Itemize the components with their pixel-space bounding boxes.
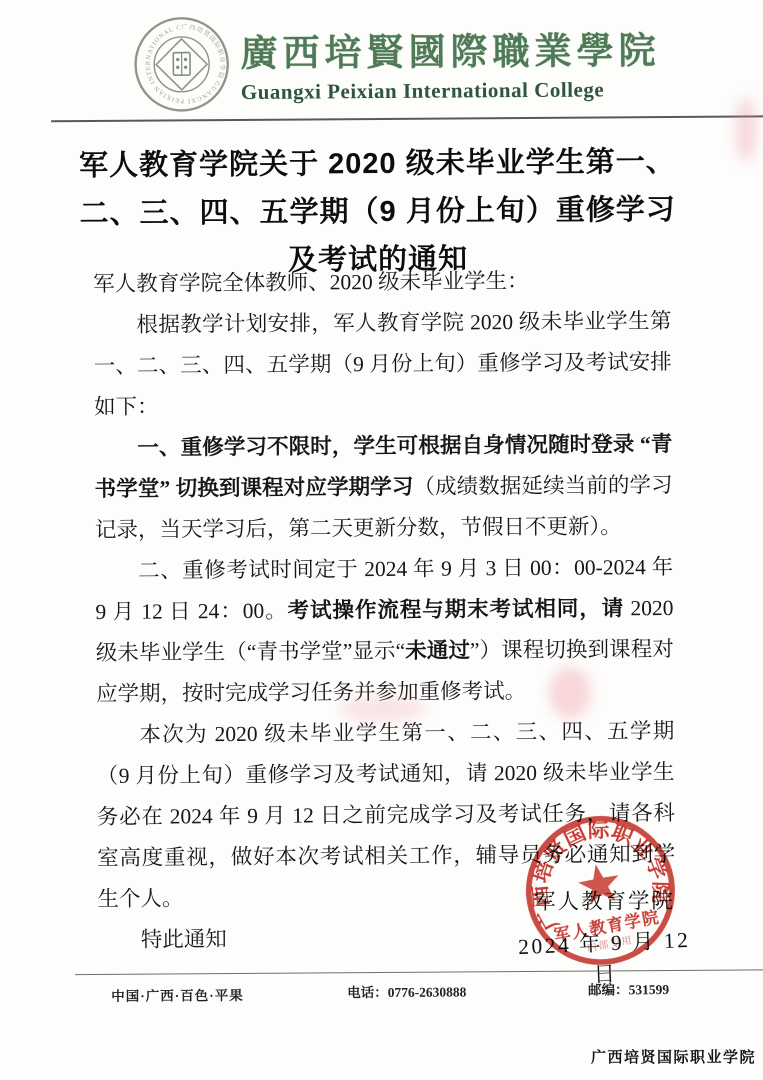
footer-postcode: 邮编：531599 — [588, 978, 669, 999]
paragraph: 军人教育学院全体教师、2020 级未毕业学生： — [93, 260, 671, 305]
college-name-en: Guangxi Peixian International College — [241, 77, 661, 105]
text-run: 未通过 — [405, 638, 470, 662]
college-header: 广西培贤国际职业学院 GUANGXI PEIXIAN INTERNATIONAL… — [132, 12, 661, 114]
official-seal: 广西培贤国际职业学院 军人教育学院 内部专用 — [499, 789, 702, 992]
page-watermark: 广西培贤国际职业学院 — [591, 1046, 756, 1067]
footer-phone-label: 电话： — [347, 985, 388, 1000]
college-emblem-icon: 广西培贤国际职业学院 GUANGXI PEIXIAN INTERNATIONAL… — [132, 15, 231, 114]
scan-ink-bleed — [735, 97, 757, 161]
footer: 中国·广西·百色·平果 电话：0776-2630888 邮编：531599 — [3, 977, 763, 1006]
text-run: 考试操作流程与期末考试相同，请 — [288, 596, 625, 622]
footer-postcode-value: 531599 — [629, 982, 670, 997]
footer-address: 中国·广西·百色·平果 — [111, 984, 244, 1005]
text-run: 根据教学计划安排，军人教育学院 2020 级未毕业学生第一、二、三、四、五学期（… — [94, 309, 672, 419]
scanned-notice-page: 广西培贤国际职业学院 GUANGXI PEIXIAN INTERNATIONAL… — [0, 0, 763, 1080]
footer-postcode-label: 邮编： — [588, 982, 629, 997]
header-divider — [51, 115, 763, 122]
college-name-zh: 廣西培賢國際職業學院 — [240, 20, 660, 77]
scan-content: 广西培贤国际职业学院 GUANGXI PEIXIAN INTERNATIONAL… — [0, 0, 763, 1080]
seal-star-icon — [576, 861, 623, 907]
paragraph: 二、重修考试时间定于 2024 年 9 月 3 日 00：00-2024 年 9… — [95, 547, 674, 715]
text-run: 军人教育学院全体教师、2020 级未毕业学生： — [93, 269, 529, 296]
paragraph: 根据教学计划安排，军人教育学院 2020 级未毕业学生第一、二、三、四、五学期（… — [93, 301, 672, 428]
paragraph: 一、重修学习不限时，学生可根据自身情况随时登录 “青书学堂” 切换到课程对应学期… — [94, 424, 673, 551]
footer-phone-number: 0776-2630888 — [388, 984, 467, 1000]
text-run: 特此通知 — [141, 927, 227, 952]
notice-title-line: 二、三、四、五学期（9 月份上旬）重修学习 — [78, 186, 678, 238]
notice-title-line: 军人教育学院关于 2020 级未毕业学生第一、 — [77, 138, 677, 190]
footer-phone: 电话：0776-2630888 — [347, 980, 466, 1001]
college-names: 廣西培賢國際職業學院 Guangxi Peixian International… — [240, 20, 661, 105]
